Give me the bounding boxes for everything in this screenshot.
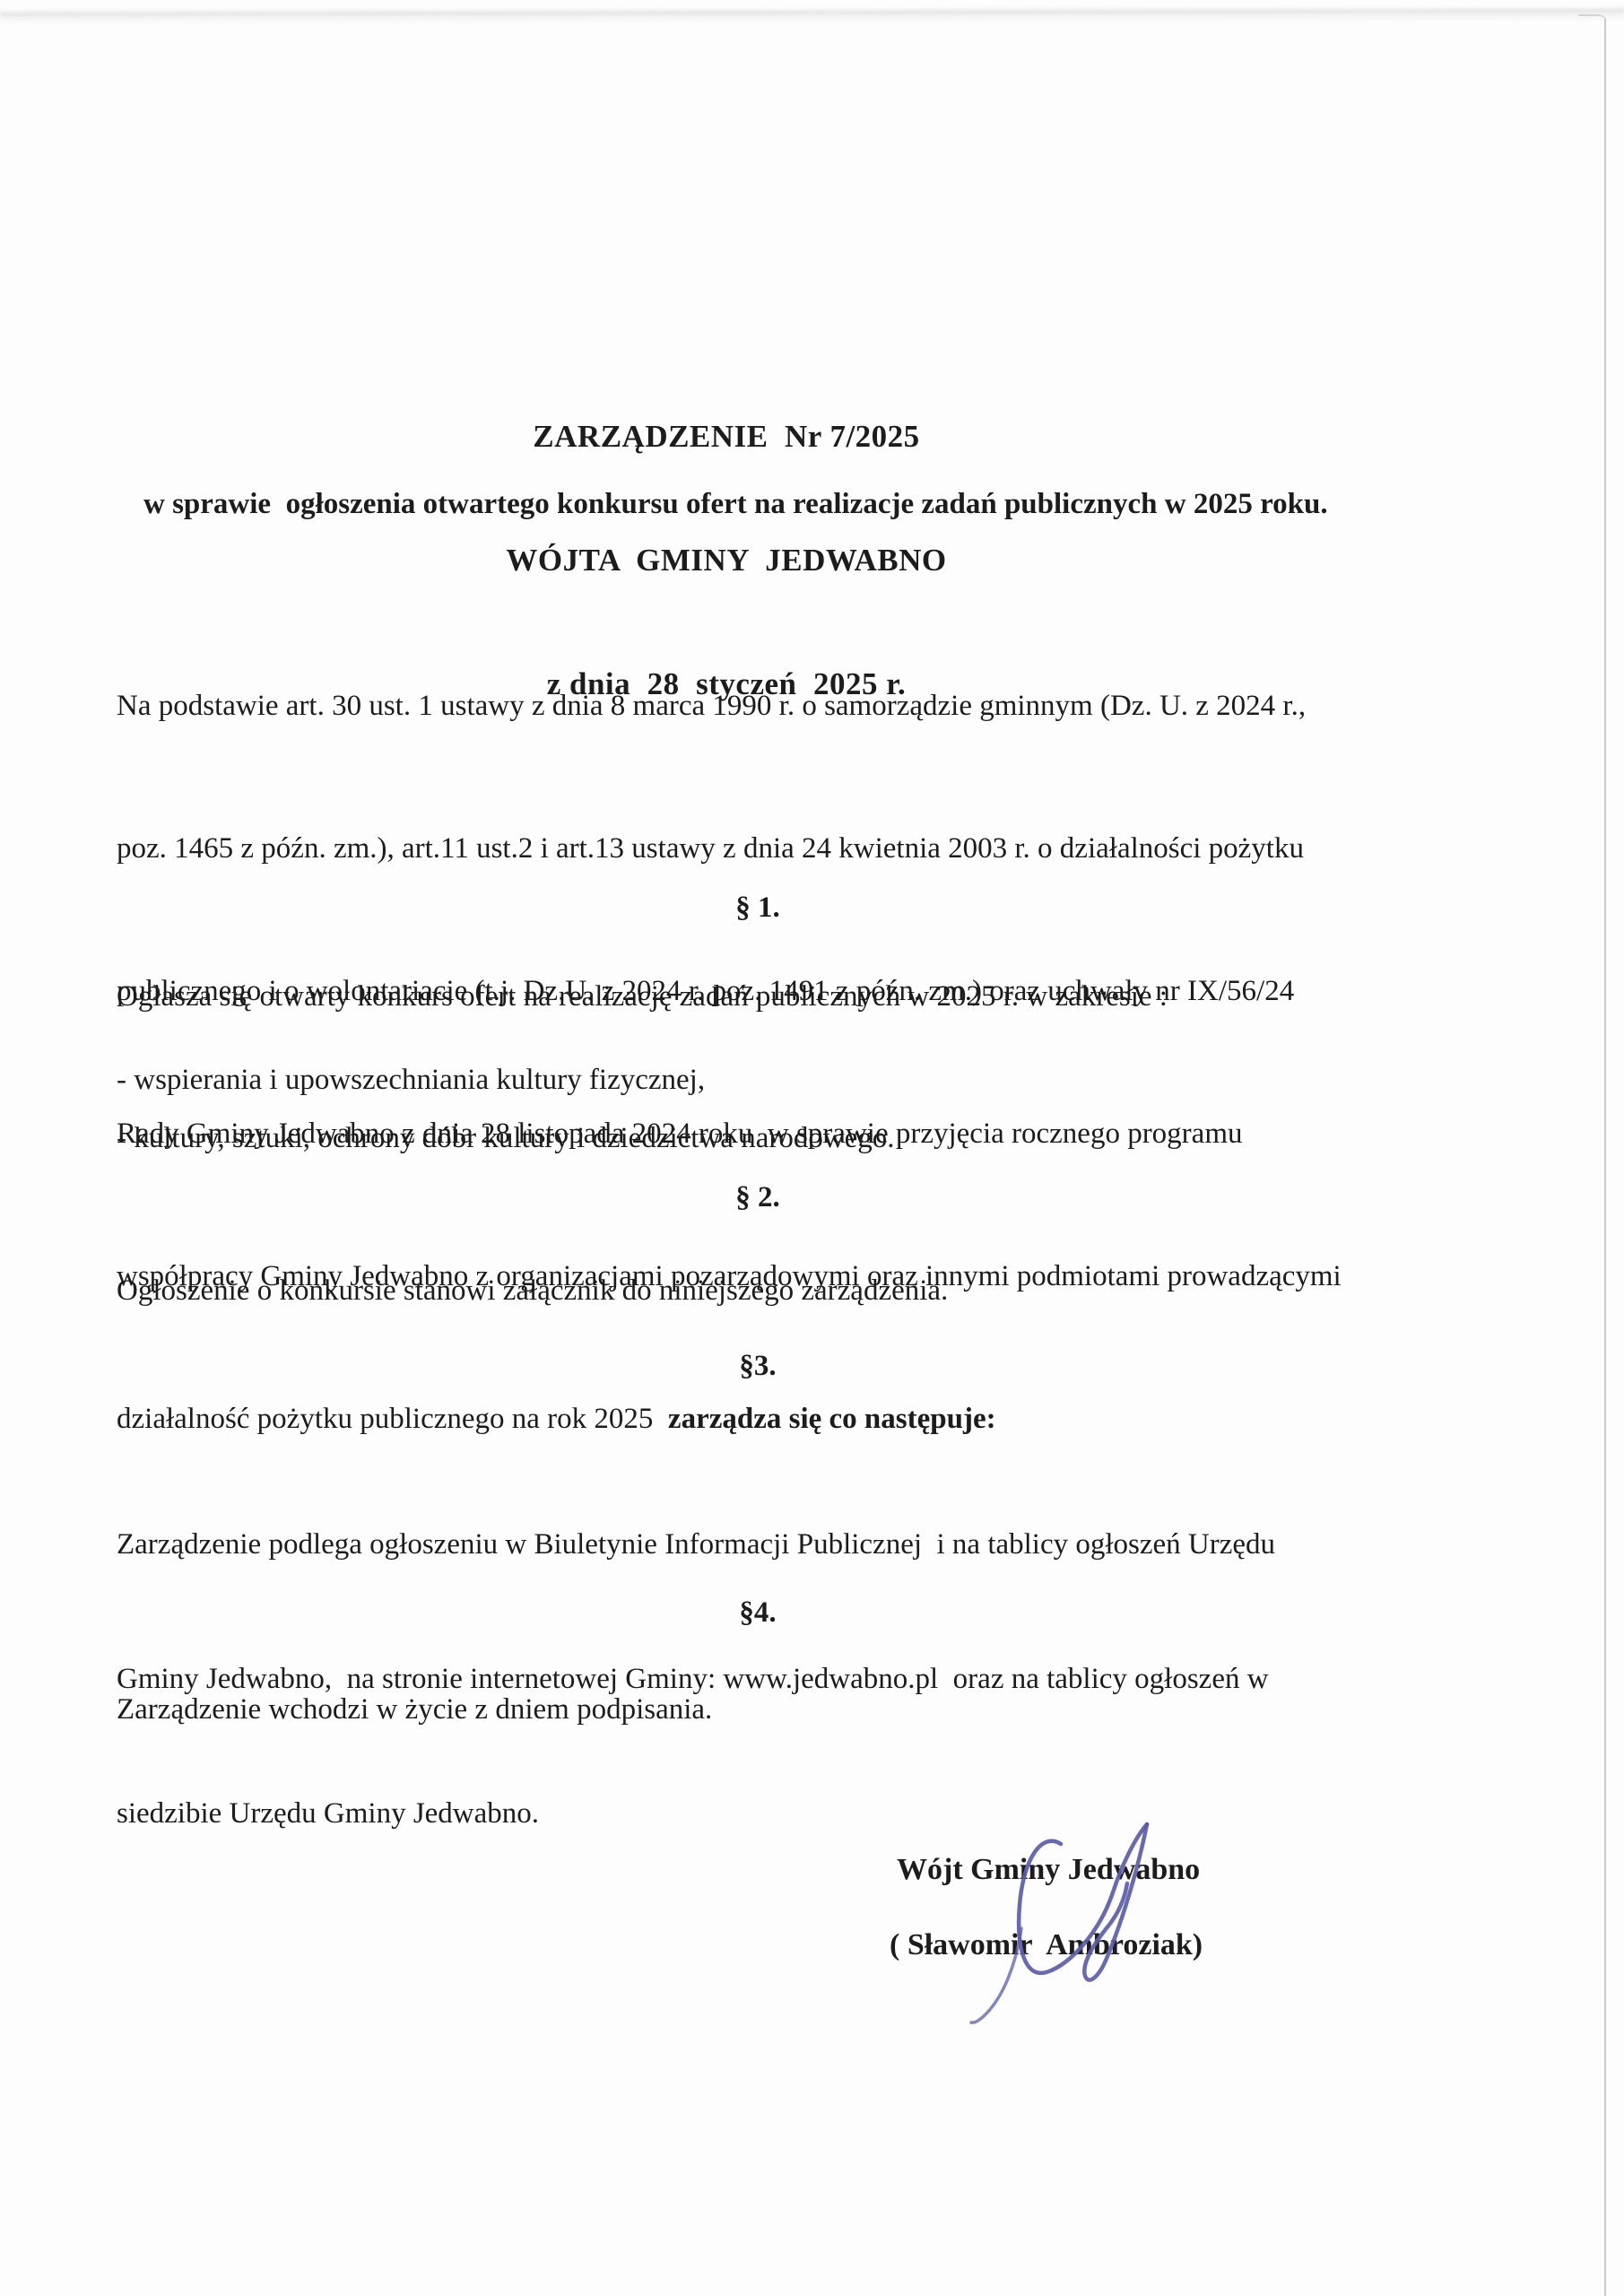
section-1-item: - wspierania i upowszechniania kultury f… (117, 1057, 1515, 1104)
signature-stroke-descender (1084, 1824, 1147, 1980)
legal-basis-last-line-regular: działalność pożytku publicznego na rok 2… (117, 1403, 668, 1435)
signature-stroke-tail (971, 1928, 1021, 2022)
title-line-issuer: WÓJTA GMINY JEDWABNO (117, 540, 1336, 581)
legal-basis-ordains-phrase: zarządza się co następuje: (668, 1403, 996, 1435)
scan-artifact-top-band (0, 5, 1624, 25)
section-3-body-line: Zarządzenie podlega ogłoszeniu w Biulety… (117, 1522, 1515, 1567)
section-3-body-line: siedzibie Urzędu Gminy Jedwabno. (117, 1791, 1515, 1836)
section-1-intro: Ogłasza się otwarty konkurs ofert na rea… (117, 973, 1515, 1021)
title-line-number: ZARZĄDZENIE Nr 7/2025 (117, 416, 1336, 457)
handwritten-signature-ink (946, 1813, 1170, 2038)
section-4-body: Zarządzenie wchodzi w życie z dniem podp… (117, 1686, 1515, 1734)
scan-page-right-edge (1604, 18, 1606, 2296)
section-1-mark: § 1. (117, 890, 1399, 926)
section-1-item: - kultury, sztuki, ochrony dóbr kultury … (117, 1115, 1515, 1162)
section-2-body: Ogłoszenie o konkursie stanowi załącznik… (117, 1267, 1515, 1315)
scanned-page: ZARZĄDZENIE Nr 7/2025 WÓJTA GMINY JEDWAB… (0, 0, 1624, 2296)
legal-basis-line: Na podstawie art. 30 ust. 1 ustawy z dni… (117, 683, 1515, 730)
legal-basis-line: poz. 1465 z późn. zm.), art.11 ust.2 i a… (117, 825, 1515, 873)
section-2-mark: § 2. (117, 1179, 1399, 1215)
scan-page-corner (1578, 14, 1607, 25)
section-4-mark: §4. (117, 1595, 1399, 1631)
document-subject: w sprawie ogłoszenia otwartego konkursu … (143, 481, 1507, 528)
section-3-body: Zarządzenie podlega ogłoszeniu w Biulety… (117, 1432, 1515, 1926)
section-3-mark: §3. (117, 1348, 1399, 1384)
